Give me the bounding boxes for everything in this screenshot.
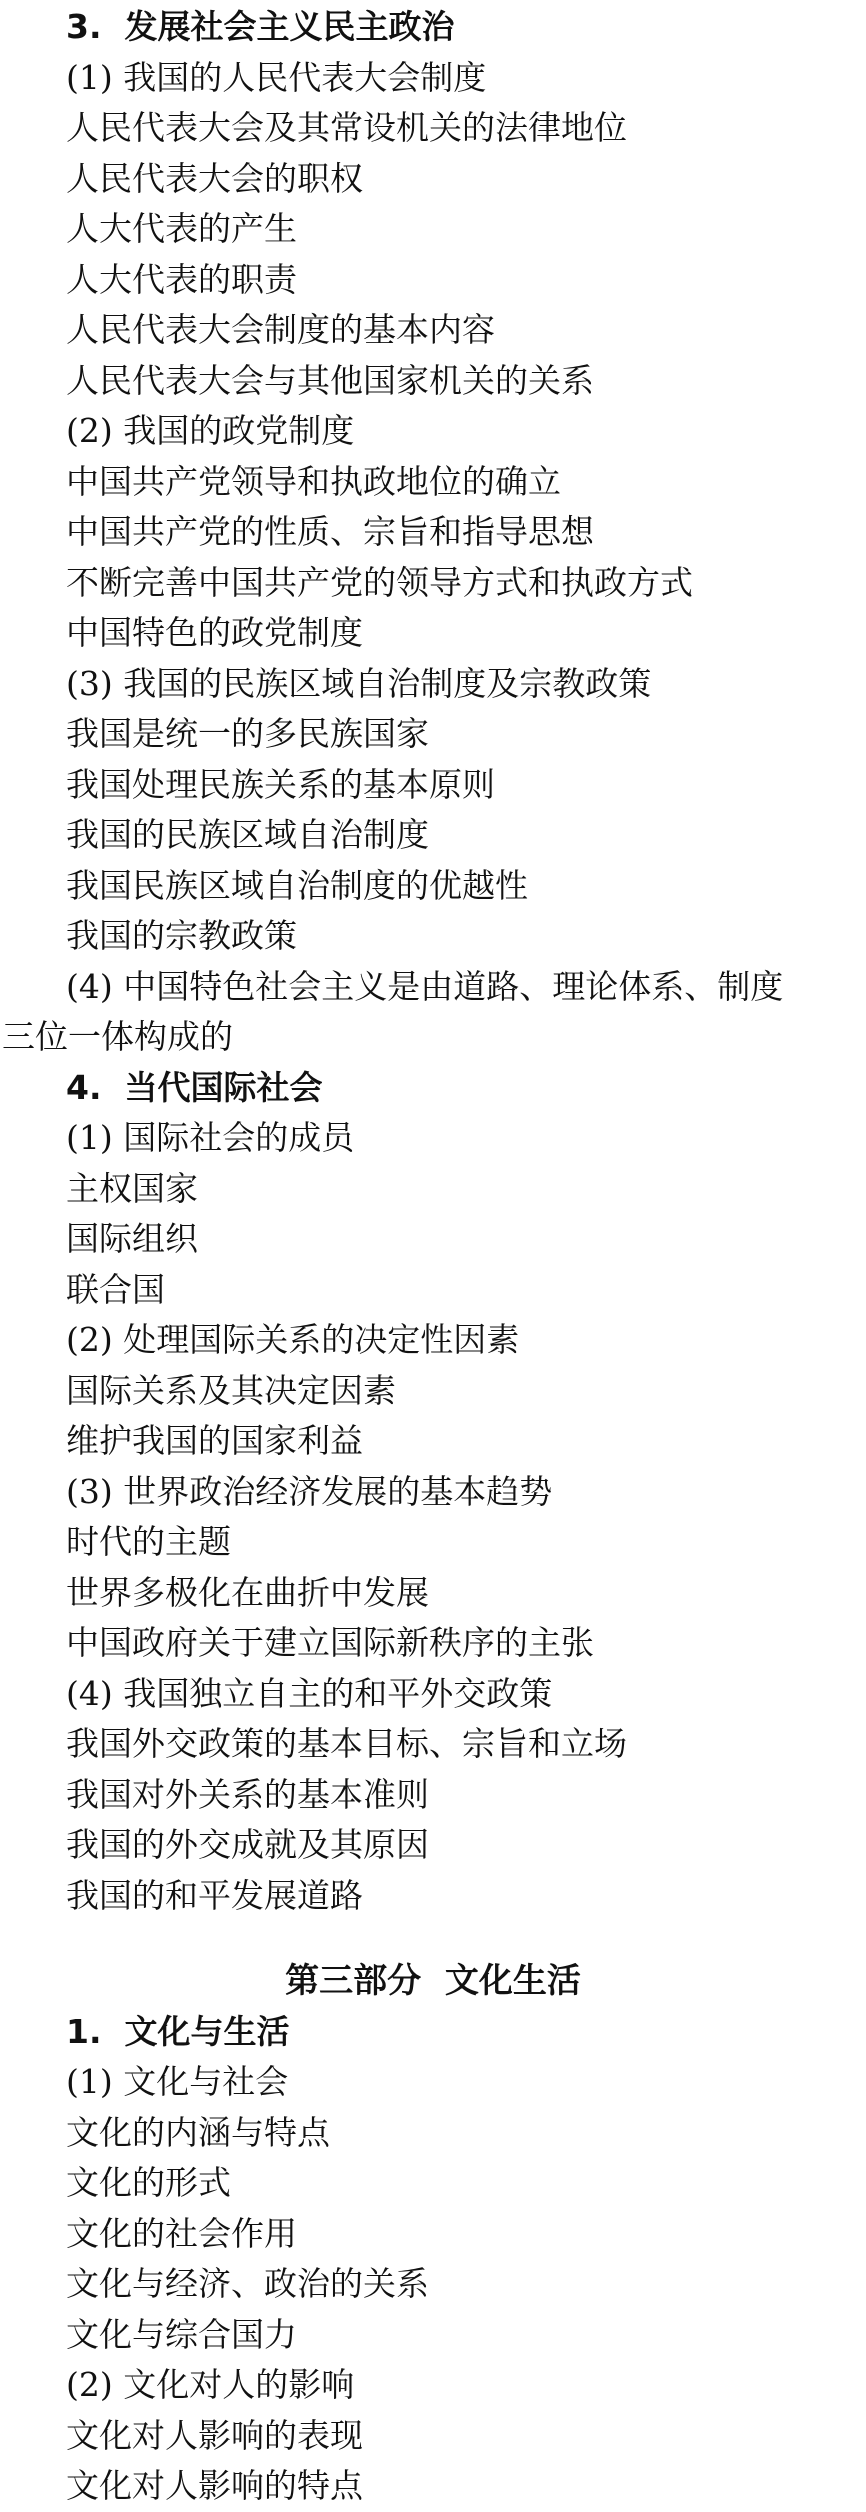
outline-item: 文化的内涵与特点 bbox=[0, 2108, 866, 2159]
outline-item: (3) 我国的民族区域自治制度及宗教政策 bbox=[0, 659, 866, 710]
outline-item-continuation: 三位一体构成的 bbox=[0, 1012, 866, 1063]
part-title: 第三部分 文化生活 bbox=[0, 1956, 866, 2007]
outline-item: 维护我国的国家利益 bbox=[0, 1416, 866, 1467]
outline-item: 文化对人影响的表现 bbox=[0, 2411, 866, 2462]
outline-item: 人民代表大会与其他国家机关的关系 bbox=[0, 356, 866, 407]
section-heading: 4. 当代国际社会 bbox=[0, 1063, 866, 1114]
outline-item: 我国处理民族关系的基本原则 bbox=[0, 760, 866, 811]
outline-item: 我国对外关系的基本准则 bbox=[0, 1770, 866, 1821]
outline-item: (1) 国际社会的成员 bbox=[0, 1113, 866, 1164]
outline-item: 人民代表大会的职权 bbox=[0, 154, 866, 205]
outline-item: (3) 世界政治经济发展的基本趋势 bbox=[0, 1467, 866, 1518]
outline-item: 文化的形式 bbox=[0, 2158, 866, 2209]
outline-item: 时代的主题 bbox=[0, 1517, 866, 1568]
outline-item: 国际组织 bbox=[0, 1214, 866, 1265]
outline-item: 人大代表的产生 bbox=[0, 204, 866, 255]
outline-item: 文化对人影响的特点 bbox=[0, 2461, 866, 2512]
outline-item: 联合国 bbox=[0, 1265, 866, 1316]
outline-item: 我国的民族区域自治制度 bbox=[0, 810, 866, 861]
outline-item: 主权国家 bbox=[0, 1164, 866, 1215]
outline-item: (2) 处理国际关系的决定性因素 bbox=[0, 1315, 866, 1366]
outline-item: 人民代表大会制度的基本内容 bbox=[0, 305, 866, 356]
outline-item: 中国共产党领导和执政地位的确立 bbox=[0, 457, 866, 508]
outline-item: 我国的外交成就及其原因 bbox=[0, 1820, 866, 1871]
outline-item: (1) 我国的人民代表大会制度 bbox=[0, 53, 866, 104]
outline-item: 国际关系及其决定因素 bbox=[0, 1366, 866, 1417]
outline-item: 我国的宗教政策 bbox=[0, 911, 866, 962]
outline-item: 我国外交政策的基本目标、宗旨和立场 bbox=[0, 1719, 866, 1770]
outline-item: 中国政府关于建立国际新秩序的主张 bbox=[0, 1618, 866, 1669]
outline-item: (2) 文化对人的影响 bbox=[0, 2360, 866, 2411]
section-heading: 3. 发展社会主义民主政治 bbox=[0, 2, 866, 53]
outline-item: (1) 文化与社会 bbox=[0, 2057, 866, 2108]
outline-item: (4) 中国特色社会主义是由道路、理论体系、制度 bbox=[0, 962, 866, 1013]
outline-item: 不断完善中国共产党的领导方式和执政方式 bbox=[0, 558, 866, 609]
outline-item: 我国的和平发展道路 bbox=[0, 1871, 866, 1922]
outline-item: (4) 我国独立自主的和平外交政策 bbox=[0, 1669, 866, 1720]
section-heading: 1. 文化与生活 bbox=[0, 2007, 866, 2058]
outline-item: 文化的社会作用 bbox=[0, 2209, 866, 2260]
outline-item: 中国共产党的性质、宗旨和指导思想 bbox=[0, 507, 866, 558]
outline-item: 世界多极化在曲折中发展 bbox=[0, 1568, 866, 1619]
outline-item: 人民代表大会及其常设机关的法律地位 bbox=[0, 103, 866, 154]
outline-item: 我国是统一的多民族国家 bbox=[0, 709, 866, 760]
document-page: 3. 发展社会主义民主政治(1) 我国的人民代表大会制度人民代表大会及其常设机关… bbox=[0, 0, 866, 2512]
outline-item: 文化与经济、政治的关系 bbox=[0, 2259, 866, 2310]
outline-item: 我国民族区域自治制度的优越性 bbox=[0, 861, 866, 912]
outline-item: (2) 我国的政党制度 bbox=[0, 406, 866, 457]
outline-item: 人大代表的职责 bbox=[0, 255, 866, 306]
outline-item: 中国特色的政党制度 bbox=[0, 608, 866, 659]
outline-item: 文化与综合国力 bbox=[0, 2310, 866, 2361]
